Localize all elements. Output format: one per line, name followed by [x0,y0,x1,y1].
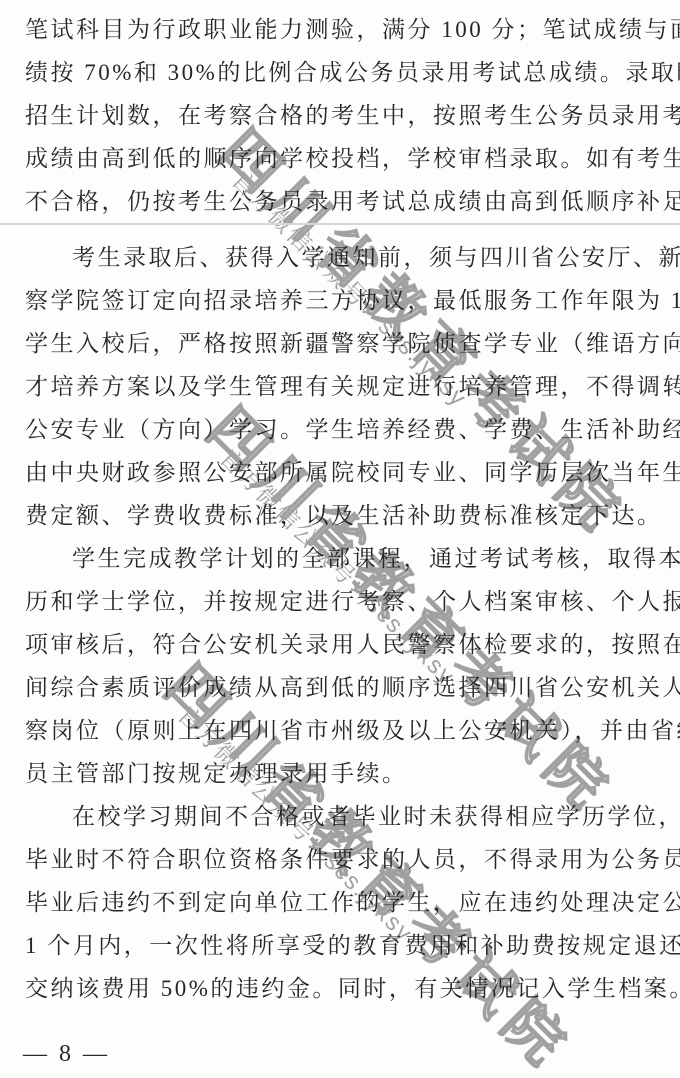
text-line: 成绩由高到低的顺序向学校投档，学校审档录取。如有考生审档 [25,137,656,180]
text-line: 历和学士学位，并按规定进行考察、个人档案审核、个人报告事 [25,580,656,623]
text-line: 绩按 70%和 30%的比例合成公务员录用考试总成绩。录取时根据 [25,51,656,94]
text-line: 招生计划数，在考察合格的考生中，按照考生公务员录用考试总 [25,94,656,137]
text-line: 在校学习期间不合格或者毕业时未获得相应学历学位，以及 [25,795,656,838]
text-line: 察岗位（原则上在四川省市州级及以上公安机关），并由省级公务 [25,709,656,752]
text-line: 学生入校后，严格按照新疆警察学院侦查学专业（维语方向）人 [25,322,656,365]
paragraph: 笔试科目为行政职业能力测验，满分 100 分；笔试成绩与面试成 绩按 70%和 … [25,8,656,223]
text-line: 费定额、学费收费标准，以及生活补助费标准核定下达。 [25,494,656,537]
paragraph: 在校学习期间不合格或者毕业时未获得相应学历学位，以及 毕业时不符合职位资格条件要… [25,795,656,1010]
document-body: 笔试科目为行政职业能力测验，满分 100 分；笔试成绩与面试成 绩按 70%和 … [0,0,680,1010]
text-line: 1 个月内，一次性将所享受的教育费用和补助费按规定退还，并 [25,924,656,967]
text-line: 项审核后，符合公安机关录用人民警察体检要求的，按照在校期 [25,623,656,666]
text-line: 学生完成教学计划的全部课程，通过考试考核，取得本科学 [25,537,656,580]
text-line: 考生录取后、获得入学通知前，须与四川省公安厅、新疆警 [25,236,656,279]
text-line: 间综合素质评价成绩从高到低的顺序选择四川省公安机关人民警 [25,666,656,709]
text-line: 毕业后违约不到定向单位工作的学生，应在违约处理决定公布后 [25,881,656,924]
text-line: 交纳该费用 50%的违约金。同时，有关情况记入学生档案。 [25,967,656,1010]
text-line: 由中央财政参照公安部所属院校同专业、同学历层次当年生均经 [25,451,656,494]
text-line: 毕业时不符合职位资格条件要求的人员，不得录用为公务员。对 [25,838,656,881]
text-line: 笔试科目为行政职业能力测验，满分 100 分；笔试成绩与面试成 [25,8,656,51]
page-number: — 8 — [23,1040,110,1068]
text-line: 才培养方案以及学生管理有关规定进行培养管理，不得调转其他 [25,365,656,408]
document-page: 四川省教育考试院 官方微信公众号：scs.jyksy 四川省教育考试院 官方微信… [0,0,680,1078]
paragraph: 考生录取后、获得入学通知前，须与四川省公安厅、新疆警 察学院签订定向招录培养三方… [25,236,656,537]
divider-gap [25,225,656,236]
text-line: 公安专业（方向）学习。学生培养经费、学费、生活补助经费， [25,408,656,451]
text-line: 察学院签订定向招录培养三方协议，最低服务工作年限为 10 年。 [25,279,656,322]
text-line: 不合格，仍按考生公务员录用考试总成绩由高到低顺序补足。 [25,180,656,223]
text-line: 员主管部门按规定办理录用手续。 [25,752,656,795]
paragraph: 学生完成教学计划的全部课程，通过考试考核，取得本科学 历和学士学位，并按规定进行… [25,537,656,795]
